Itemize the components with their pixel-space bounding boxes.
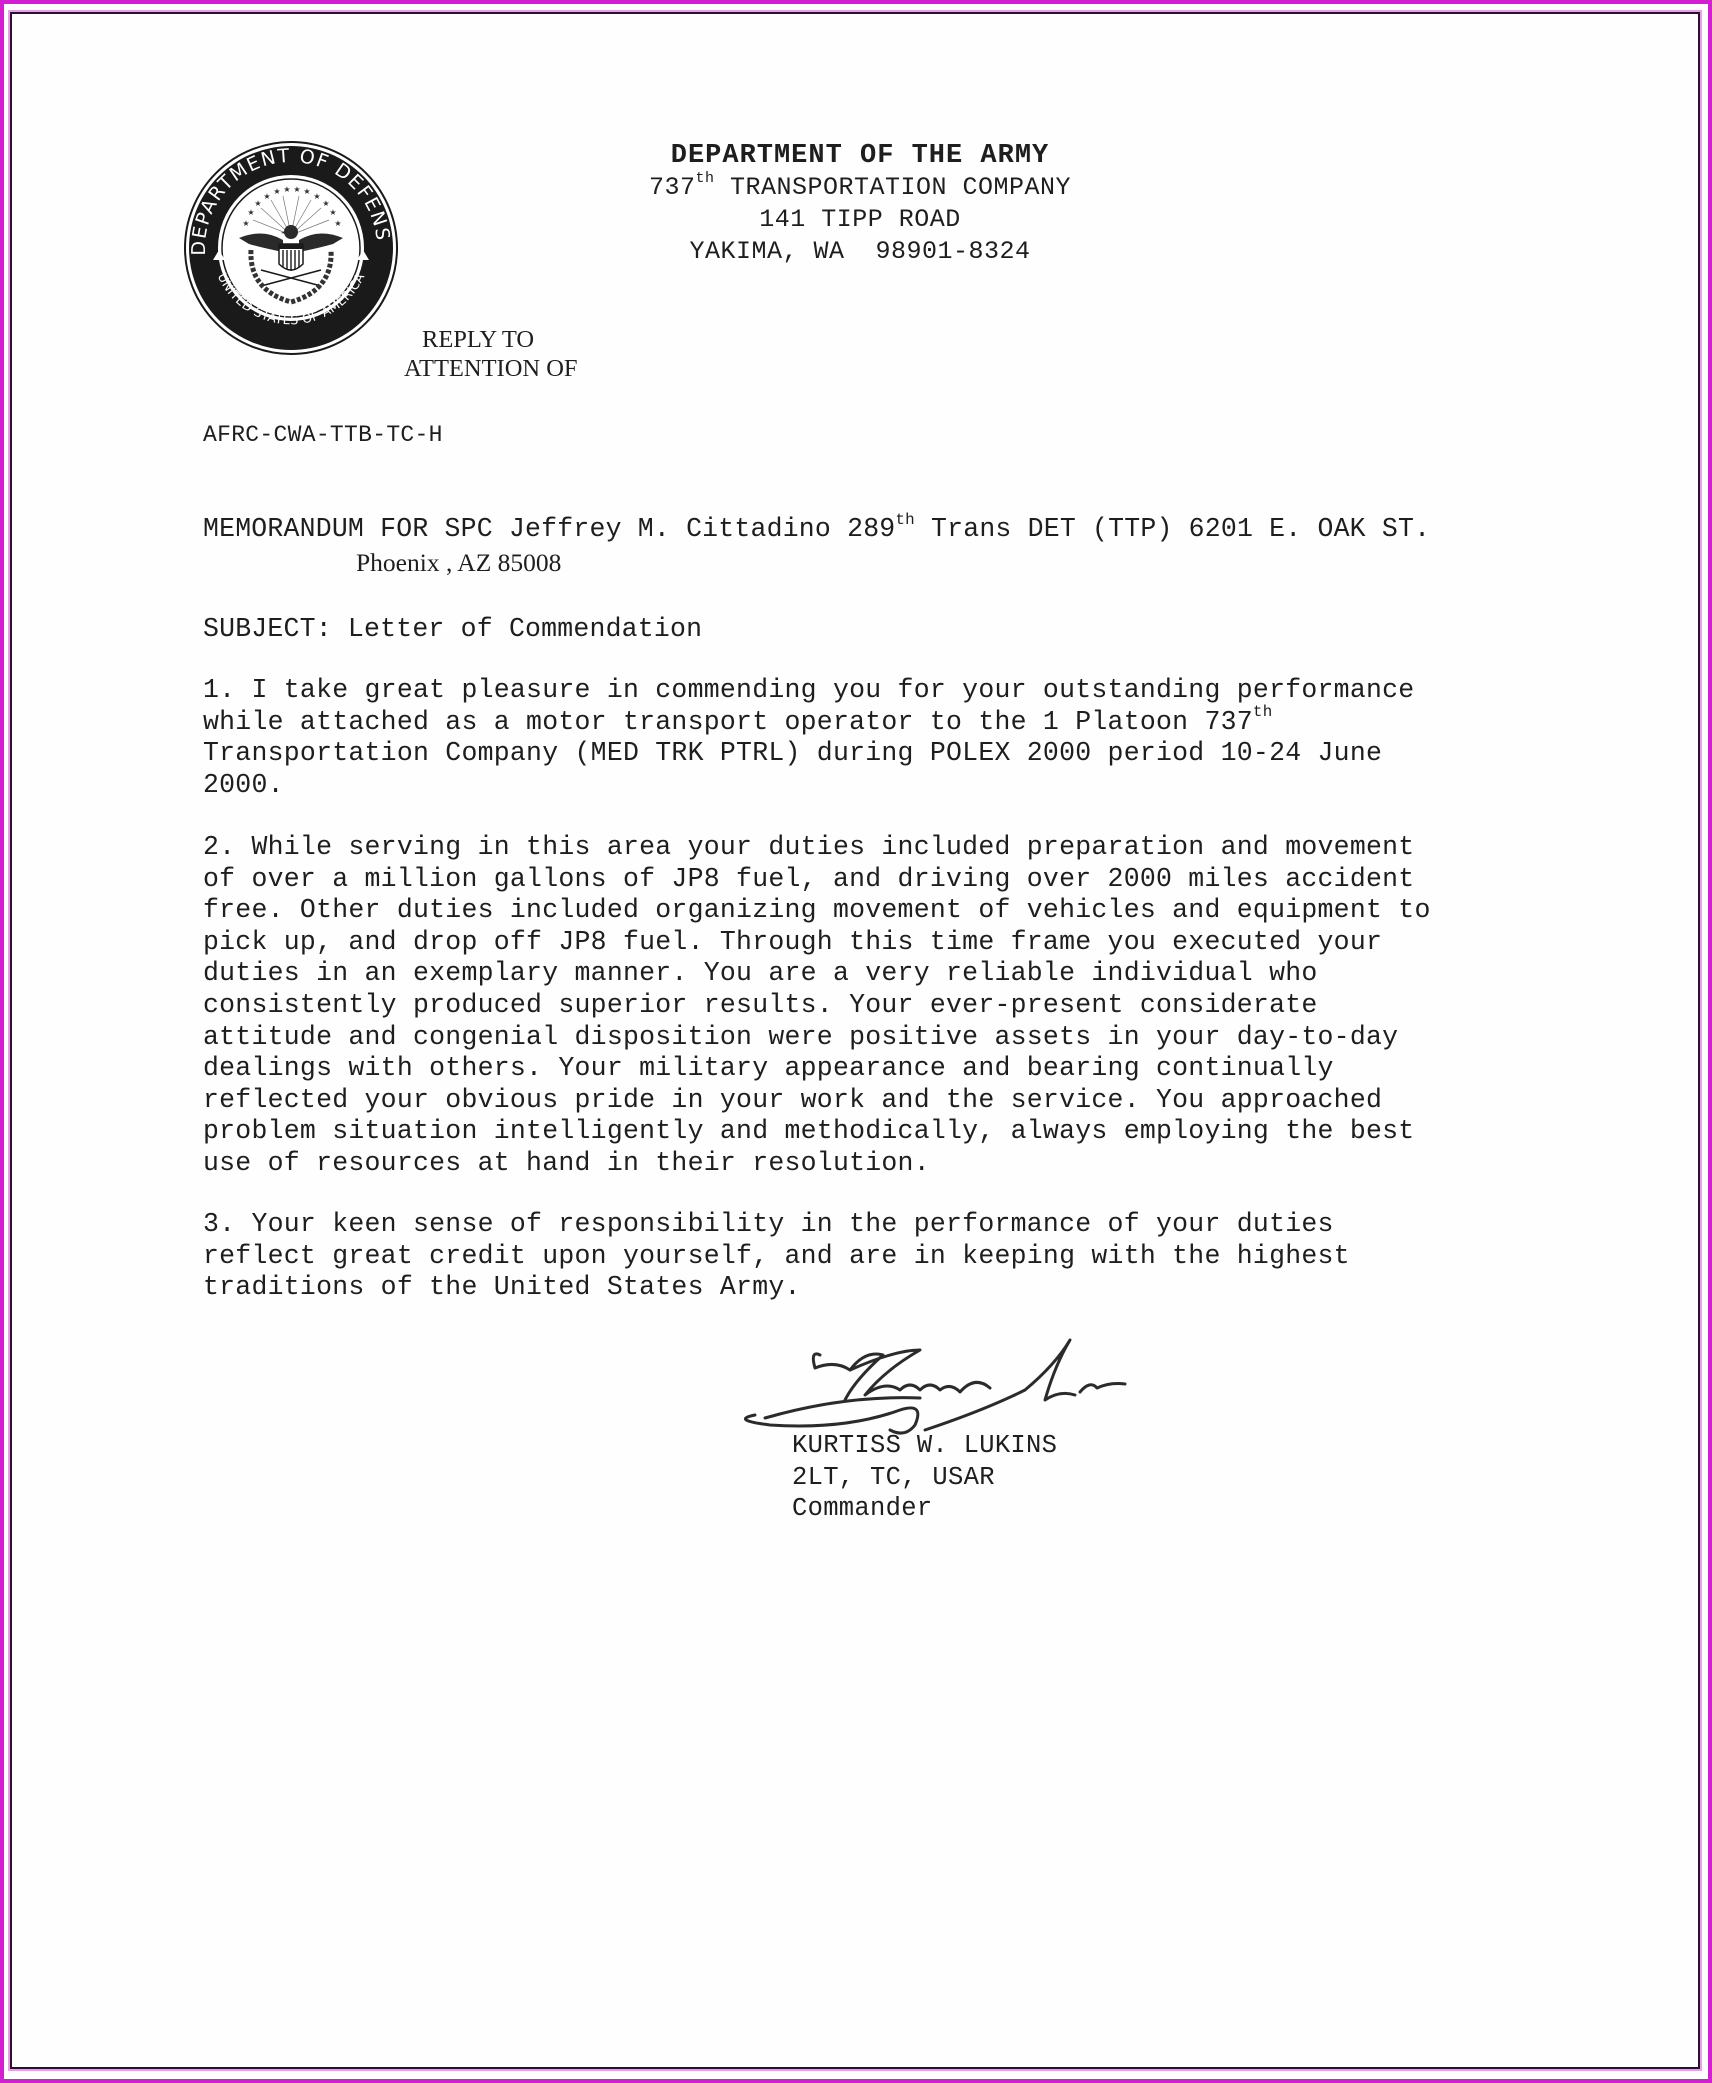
letter-page: DEPARTMENT OF DEFENSE UNITED STATES OF A…: [0, 0, 1712, 2083]
paragraph-1: 1. I take great pleasure in commending y…: [203, 675, 1523, 801]
svg-text:★: ★: [283, 185, 290, 194]
paragraph-2: 2. While serving in this area your dutie…: [203, 832, 1523, 1180]
svg-text:★: ★: [293, 185, 300, 194]
subject-line: SUBJECT: Letter of Commendation: [203, 614, 702, 644]
svg-text:★: ★: [273, 187, 280, 196]
signer-title: Commander: [792, 1493, 1057, 1525]
svg-text:★: ★: [254, 199, 261, 208]
svg-text:★: ★: [322, 199, 329, 208]
attention-of-label: ATTENTION OF: [404, 355, 578, 382]
reply-to-block: REPLY TO ATTENTION OF: [404, 325, 578, 383]
handwritten-signature-icon: [725, 1320, 1145, 1440]
svg-text:★: ★: [334, 219, 341, 228]
paragraph-3: 3. Your keen sense of responsibility in …: [203, 1209, 1523, 1304]
svg-text:★: ★: [242, 219, 249, 228]
svg-text:★: ★: [263, 192, 270, 201]
signature-block: KURTISS W. LUKINS 2LT, TC, USAR Commande…: [792, 1430, 1057, 1525]
signer-rank: 2LT, TC, USAR: [792, 1462, 1057, 1494]
street-address: 141 TIPP ROAD: [560, 204, 1160, 236]
svg-text:★: ★: [303, 187, 310, 196]
department-of-defense-seal-icon: DEPARTMENT OF DEFENSE UNITED STATES OF A…: [183, 140, 399, 356]
recipient-city-line: Phoenix , AZ 85008: [356, 548, 561, 578]
signer-name: KURTISS W. LUKINS: [792, 1430, 1057, 1462]
svg-text:★: ★: [329, 208, 336, 217]
letterhead: DEPARTMENT OF THE ARMY 737th TRANSPORTAT…: [560, 140, 1160, 268]
unit-name: 737th TRANSPORTATION COMPANY: [560, 172, 1160, 204]
city-state-zip: YAKIMA, WA 98901-8324: [560, 236, 1160, 268]
office-symbol: AFRC-CWA-TTB-TC-H: [203, 422, 443, 448]
organization-name: DEPARTMENT OF THE ARMY: [560, 140, 1160, 172]
svg-text:★: ★: [313, 192, 320, 201]
memorandum-for-line: MEMORANDUM FOR SPC Jeffrey M. Cittadino …: [203, 514, 1430, 544]
svg-text:★: ★: [247, 208, 254, 217]
reply-to-label: REPLY TO: [404, 325, 578, 354]
